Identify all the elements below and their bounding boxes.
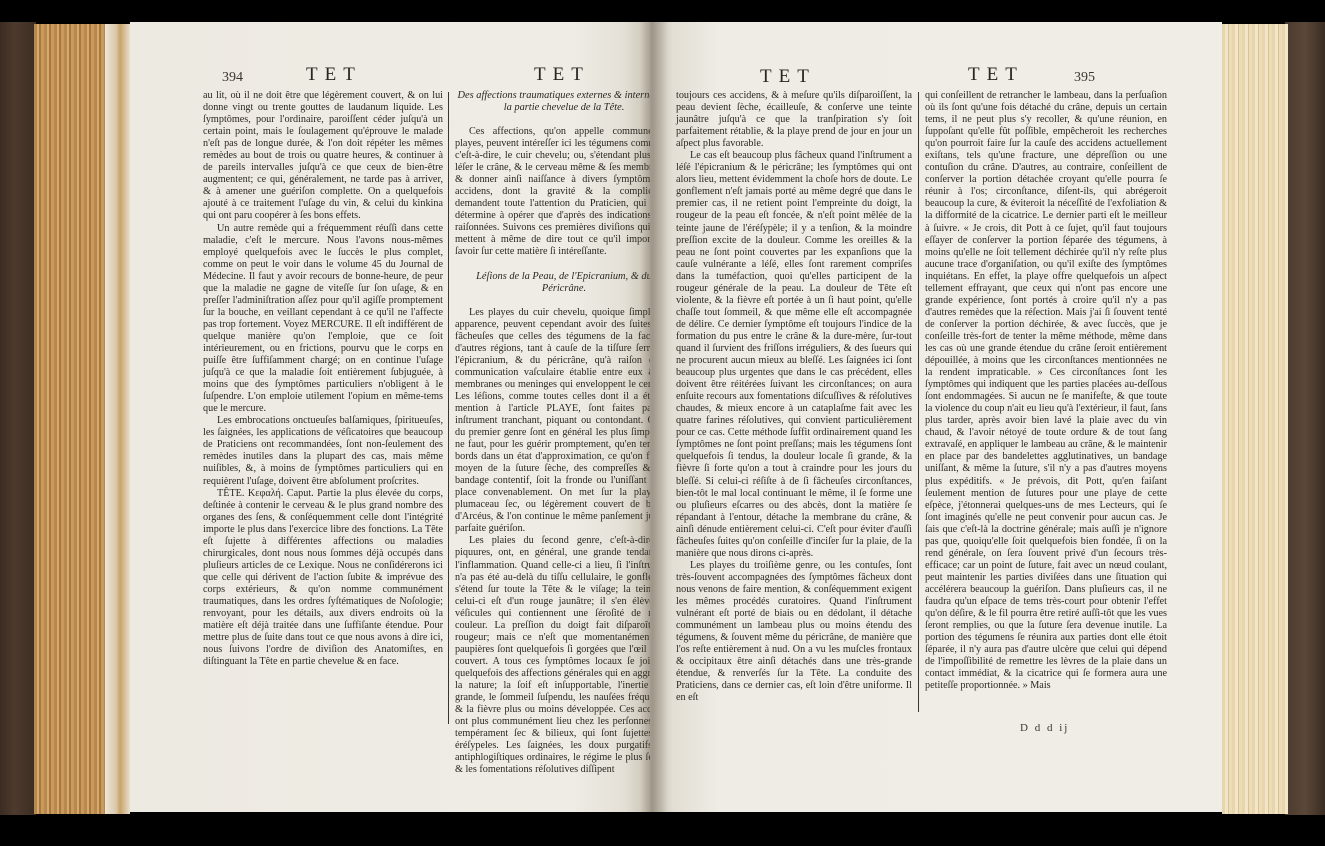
text-column-left: au lit, où il ne doit être que légèremen… — [203, 90, 443, 668]
paragraph: Les embrocations onctueuſes balſamiques,… — [203, 415, 443, 487]
paragraph: Un autre remède qui a fréquemment réuſſi… — [203, 223, 443, 416]
text-column-right: qui conſeillent de retrancher le lambeau… — [925, 90, 1167, 692]
running-head-left-col: TET — [306, 64, 362, 86]
paragraph: toujours ces accidens, & à meſure qu'ils… — [676, 90, 912, 150]
paragraph: Les playes du troiſième genre, ou les co… — [676, 560, 912, 705]
page-edge-highlight-left — [105, 24, 130, 814]
page-number: 394 — [222, 70, 243, 86]
paragraph: TÊTE. Κεφαλή. Caput. Partie la plus élev… — [203, 488, 443, 669]
text-column-left: toujours ces accidens, & à meſure qu'ils… — [676, 90, 912, 704]
page-edges-right — [1222, 24, 1288, 814]
running-head-left-col: TET — [760, 66, 816, 88]
column-rule — [448, 92, 449, 724]
column-rule — [918, 92, 919, 712]
page-number: 395 — [1074, 70, 1095, 86]
book-scan: 394 TET TET au lit, où il ne doit être q… — [0, 22, 1325, 826]
page-395: TET TET 395 toujours ces accidens, & à m… — [650, 22, 1222, 812]
running-head-right-col: TET — [968, 64, 1024, 86]
paragraph: qui conſeillent de retrancher le lambeau… — [925, 90, 1167, 692]
signature-mark: D d d ij — [1020, 722, 1069, 734]
page-394: 394 TET TET au lit, où il ne doit être q… — [130, 22, 650, 812]
book-gutter — [640, 22, 668, 812]
paragraph: Le cas eſt beaucoup plus fâcheux quand l… — [676, 150, 912, 560]
book-cover-right — [1285, 22, 1325, 815]
book-cover-left — [0, 22, 36, 815]
running-head-right-col: TET — [534, 64, 590, 86]
paragraph: au lit, où il ne doit être que légèremen… — [203, 90, 443, 223]
